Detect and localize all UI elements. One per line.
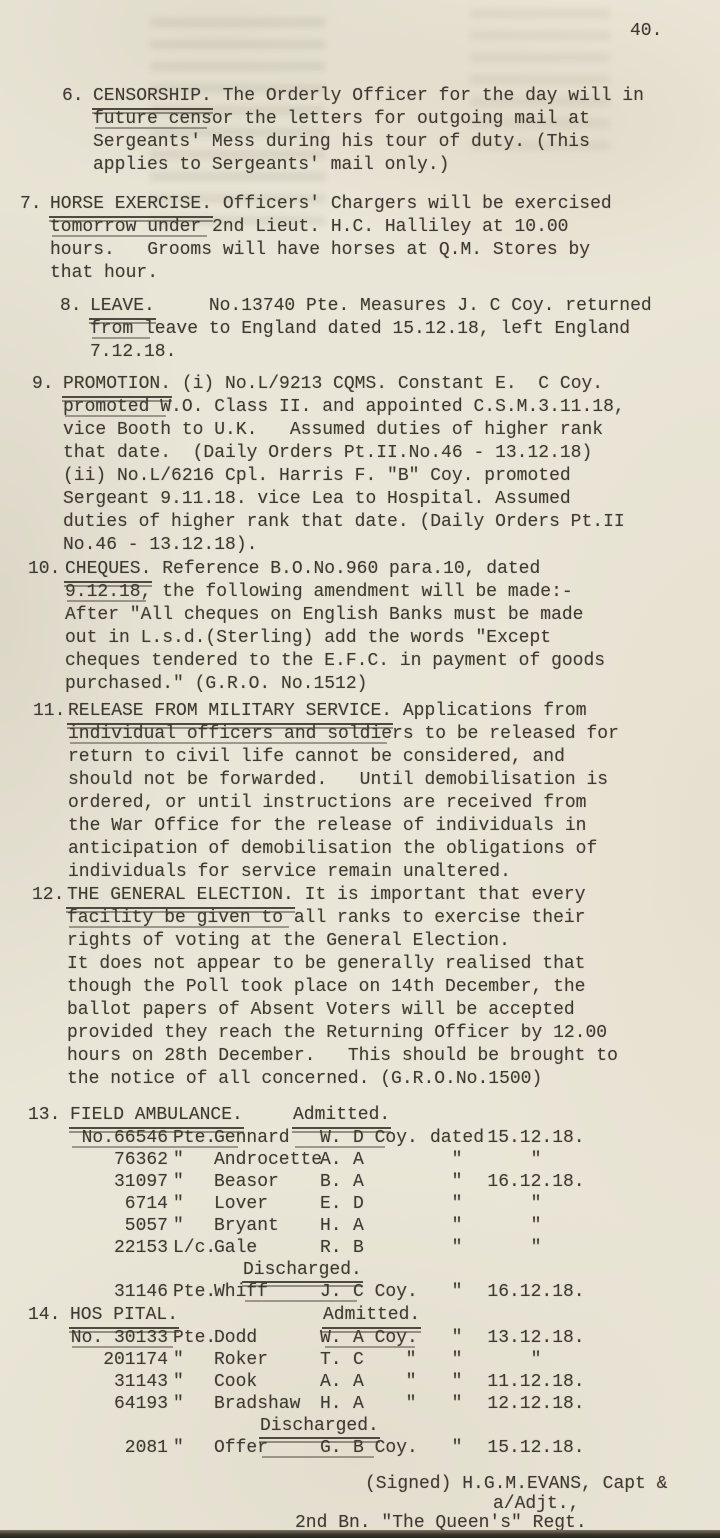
cell-date: 12.12.18.: [486, 1393, 586, 1415]
cell-company-ditto: ": [394, 1371, 428, 1393]
cell-date: 11.12.18.: [486, 1371, 586, 1393]
discharged-label: Discharged.: [260, 1415, 379, 1437]
discharged-label: Discharged.: [243, 1259, 362, 1281]
cell-company: A: [352, 1215, 394, 1237]
cell-dated: ": [428, 1237, 486, 1259]
discharged-rows: 31146 Pte. Whiff J. C Coy. " 16.12.18.: [70, 1281, 720, 1303]
text-line: out in L.s.d.(Sterling) add the words "E…: [65, 627, 720, 650]
text-line: It does not appear to be generally reali…: [67, 953, 720, 976]
cell-surname: Lover: [214, 1193, 319, 1215]
cell-number: 22153: [70, 1237, 168, 1259]
cell-date: ": [486, 1215, 586, 1237]
text-line: 9.12.18, the following amendment will be…: [65, 581, 720, 604]
item-first-line: THE GENERAL ELECTION. It is important th…: [67, 884, 720, 907]
admitted-rows: No. 30133 Pte. Dodd W. A Coy. " 13.12.18…: [70, 1327, 720, 1415]
item-heading-rest: Officers' Chargers will be exercised: [212, 194, 612, 214]
cell-date: ": [486, 1149, 586, 1171]
admitted-label: Admitted.: [293, 1104, 390, 1127]
text-line: ballot papers of Absent Voters will be a…: [67, 999, 720, 1022]
text-line: should not be forwarded. Until demobilis…: [68, 769, 720, 792]
table-row: 31097 " Beasor B. A " 16.12.18.: [70, 1171, 720, 1193]
cell-company-ditto: [394, 1437, 428, 1459]
discharged-line: Discharged.: [70, 1259, 720, 1281]
cell-company: A: [352, 1371, 394, 1393]
cell-dated: ": [428, 1215, 486, 1237]
cell-dated: ": [428, 1371, 486, 1393]
cell-date: 16.12.18.: [486, 1171, 586, 1193]
item-heading: HORSE EXERCISE.: [50, 193, 212, 216]
cell-surname: Gale: [214, 1237, 319, 1259]
text-line: the notice of all concerned. (G.R.O.No.1…: [67, 1068, 720, 1091]
cell-dated: ": [428, 1327, 486, 1349]
cell-company-ditto: [394, 1281, 428, 1303]
item-first-line: CHEQUES. Reference B.O.No.960 para.10, d…: [65, 558, 720, 581]
cell-company-ditto: ": [394, 1349, 428, 1371]
cell-company: D: [352, 1193, 394, 1215]
text-line: individuals for service remain unaltered…: [68, 861, 720, 884]
cell-surname: Cook: [214, 1371, 319, 1393]
table-row: 6714 " Lover E. D " ": [70, 1193, 720, 1215]
item-first-line: LEAVE. No.13740 Pte. Measures J. C Coy. …: [90, 295, 720, 318]
text-line: though the Poll took place on 14th Decem…: [67, 976, 720, 999]
item-number: 9.: [32, 373, 54, 396]
order-item-hospital: 14. HOS PITAL.Admitted. No. 30133 Pte. D…: [0, 1304, 720, 1459]
cell-rank: Pte.: [168, 1281, 214, 1303]
text-line: No.46 - 13.12.18).: [63, 534, 720, 557]
cell-initial: B.: [319, 1171, 352, 1193]
cell-dated: ": [428, 1171, 486, 1193]
cell-company-ditto: [394, 1193, 428, 1215]
cell-dated: ": [428, 1281, 486, 1303]
cell-number: 76362: [70, 1149, 168, 1171]
cell-number: 31143: [70, 1371, 168, 1393]
item-lines: facility be given to all ranks to exerci…: [67, 907, 720, 1091]
table-row: 5057 " Bryant H. A " ": [70, 1215, 720, 1237]
cell-surname: Bradshaw: [214, 1393, 319, 1415]
text-line: purchased." (G.R.O. No.1512): [65, 673, 720, 696]
cell-surname: Roker: [214, 1349, 319, 1371]
text-line: (ii) No.L/6216 Cpl. Harris F. "B" Coy. p…: [63, 465, 720, 488]
item-lines: 9.12.18, the following amendment will be…: [65, 581, 720, 696]
cell-rank: ": [168, 1215, 214, 1237]
item-first-line: CENSORSHIP. The Orderly Officer for the …: [93, 85, 720, 108]
item-number: 7.: [20, 193, 42, 216]
cell-initial: H.: [319, 1215, 352, 1237]
text-line: the War Office for the release of indivi…: [68, 815, 720, 838]
cell-initial: T.: [319, 1349, 352, 1371]
text-line: rights of voting at the General Election…: [67, 930, 720, 953]
discharged-line: Discharged.: [70, 1415, 720, 1437]
item-lines: promoted W.O. Class II. and appointed C.…: [63, 396, 720, 557]
cell-company: C: [352, 1349, 394, 1371]
cell-number: 31097: [70, 1171, 168, 1193]
document-page: 40. 6. CENSORSHIP. The Orderly Officer f…: [0, 0, 720, 1538]
text-line: 7.12.18.: [90, 341, 720, 364]
cell-date: 15.12.18.: [486, 1127, 586, 1149]
order-item-leave: 8. LEAVE. No.13740 Pte. Measures J. C Co…: [0, 295, 720, 364]
table-row: 64193 " Bradshaw H. A " " 12.12.18.: [70, 1393, 720, 1415]
cell-company-ditto: [394, 1127, 428, 1149]
item-heading: THE GENERAL ELECTION.: [67, 884, 294, 907]
order-item-field-ambulance: 13. FIELD AMBULANCE.Admitted. No.66546 P…: [0, 1104, 720, 1303]
scan-bottom-edge: [0, 1530, 720, 1538]
table-heading-line: HOS PITAL.Admitted.: [70, 1304, 720, 1327]
text-line: duties of higher rank that date. (Daily …: [63, 511, 720, 534]
item-heading: RELEASE FROM MILITARY SERVICE.: [68, 700, 392, 723]
cell-date: ": [486, 1349, 586, 1371]
order-item-release-from-military-service: 11. RELEASE FROM MILITARY SERVICE. Appli…: [0, 700, 720, 884]
item-heading: CHEQUES.: [65, 558, 151, 581]
text-line: Sergeants' Mess during his tour of duty.…: [93, 131, 720, 154]
cell-initial: A.: [319, 1371, 352, 1393]
cell-initial: R.: [319, 1237, 352, 1259]
item-heading: HOS PITAL.: [70, 1304, 178, 1327]
item-first-line: PROMOTION. (i) No.L/9213 CQMS. Constant …: [63, 373, 720, 396]
item-first-line: RELEASE FROM MILITARY SERVICE. Applicati…: [68, 700, 720, 723]
table-row: 31143 " Cook A. A " " 11.12.18.: [70, 1371, 720, 1393]
table-row: 76362 " Androcette A. A " ": [70, 1149, 720, 1171]
item-heading: LEAVE.: [90, 295, 155, 318]
cell-surname: Beasor: [214, 1171, 319, 1193]
cell-surname: Bryant: [214, 1215, 319, 1237]
cell-dated: ": [428, 1349, 486, 1371]
cell-surname: Dodd: [214, 1327, 319, 1349]
cell-rank: ": [168, 1393, 214, 1415]
text-line: return to civil life cannot be considere…: [68, 746, 720, 769]
cell-number: 64193: [70, 1393, 168, 1415]
orders-content: 6. CENSORSHIP. The Orderly Officer for t…: [0, 85, 720, 1535]
text-line: ordered, or until instructions are recei…: [68, 792, 720, 815]
admitted-label: Admitted.: [323, 1304, 420, 1327]
cell-rank: ": [168, 1349, 214, 1371]
text-line: applies to Sergeants' mail only.): [93, 154, 720, 177]
cell-company: A: [352, 1393, 394, 1415]
table-row: 2081 " Offer G. B Coy. " 15.12.18.: [70, 1437, 720, 1459]
cell-surname: Androcette: [214, 1149, 319, 1171]
text-line: hours on 28th December. This should be b…: [67, 1045, 720, 1068]
item-heading-rest: The Orderly Officer for the day will in: [212, 86, 644, 106]
cell-rank: Pte.: [168, 1327, 214, 1349]
item-heading: PROMOTION.: [63, 373, 171, 396]
cell-initial: A.: [319, 1149, 352, 1171]
item-number: 6.: [62, 85, 84, 108]
cell-dated: ": [428, 1393, 486, 1415]
table-row: 31146 Pte. Whiff J. C Coy. " 16.12.18.: [70, 1281, 720, 1303]
cell-company-ditto: ": [394, 1393, 428, 1415]
text-line: vice Booth to U.K. Assumed duties of hig…: [63, 419, 720, 442]
item-number: 13.: [28, 1104, 60, 1127]
cell-company-ditto: [394, 1237, 428, 1259]
item-heading-rest: Applications from: [392, 701, 586, 721]
cell-company-ditto: [394, 1215, 428, 1237]
page-number: 40.: [630, 20, 662, 43]
item-heading: FIELD AMBULANCE.: [70, 1104, 243, 1127]
cell-dated: ": [428, 1149, 486, 1171]
order-item-promotion: 9. PROMOTION. (i) No.L/9213 CQMS. Consta…: [0, 373, 720, 557]
order-item-censorship: 6. CENSORSHIP. The Orderly Officer for t…: [0, 85, 720, 177]
table-row: 22153 L/c. Gale R. B " ": [70, 1237, 720, 1259]
order-item-general-election: 12. THE GENERAL ELECTION. It is importan…: [0, 884, 720, 1091]
text-line: that date. (Daily Orders Pt.II.No.46 - 1…: [63, 442, 720, 465]
table-heading-line: FIELD AMBULANCE.Admitted.: [70, 1104, 720, 1127]
cell-date: ": [486, 1193, 586, 1215]
cell-number: 6714: [70, 1193, 168, 1215]
cell-dated: ": [428, 1437, 486, 1459]
cell-rank: L/c.: [168, 1237, 214, 1259]
cell-number: 201174: [70, 1349, 168, 1371]
cell-company: A: [352, 1149, 394, 1171]
text-line: that hour.: [50, 262, 720, 285]
table-row: 201174 " Roker T. C " " ": [70, 1349, 720, 1371]
signature-block: (Signed) H.G.M.EVANS, Capt & a/Adjt., 2n…: [0, 1473, 720, 1535]
item-lines: from leave to England dated 15.12.18, le…: [90, 318, 720, 364]
text-line: provided they reach the Returning Office…: [67, 1022, 720, 1045]
item-number: 11.: [33, 700, 65, 723]
item-number: 8.: [60, 295, 82, 318]
order-item-horse-exercise: 7. HORSE EXERCISE. Officers' Chargers wi…: [0, 193, 720, 285]
discharged-rows: 2081 " Offer G. B Coy. " 15.12.18.: [70, 1437, 720, 1459]
cell-number: 31146: [70, 1281, 168, 1303]
cell-rank: ": [168, 1171, 214, 1193]
item-lines: tomorrow under 2nd Lieut. H.C. Halliley …: [50, 216, 720, 285]
cell-date: 15.12.18.: [486, 1437, 586, 1459]
item-number: 14.: [28, 1304, 60, 1327]
cell-number: 5057: [70, 1215, 168, 1237]
item-number: 12.: [32, 884, 64, 907]
cell-dated: ": [428, 1193, 486, 1215]
item-heading: CENSORSHIP.: [93, 85, 212, 108]
item-heading-rest: It is important that every: [294, 885, 586, 905]
cell-rank: ": [168, 1437, 214, 1459]
order-item-cheques: 10. CHEQUES. Reference B.O.No.960 para.1…: [0, 558, 720, 696]
cell-company-ditto: [394, 1149, 428, 1171]
text-line: cheques tendered to the E.F.C. in paymen…: [65, 650, 720, 673]
text-line: from leave to England dated 15.12.18, le…: [90, 318, 720, 341]
cell-date: 16.12.18.: [486, 1281, 586, 1303]
item-heading-rest: (i) No.L/9213 CQMS. Constant E. C Coy.: [171, 374, 603, 394]
item-lines: future censor the letters for outgoing m…: [93, 108, 720, 177]
cell-rank: ": [168, 1371, 214, 1393]
text-line: anticipation of demobilisation the oblig…: [68, 838, 720, 861]
item-first-line: HORSE EXERCISE. Officers' Chargers will …: [50, 193, 720, 216]
item-heading-rest: Reference B.O.No.960 para.10, dated: [151, 559, 540, 579]
item-number: 10.: [28, 558, 60, 581]
cell-initial: H.: [319, 1393, 352, 1415]
cell-company: A: [352, 1171, 394, 1193]
text-line: hours. Grooms will have horses at Q.M. S…: [50, 239, 720, 262]
cell-rank: ": [168, 1149, 214, 1171]
cell-company: B: [352, 1237, 394, 1259]
cell-company: C Coy.: [352, 1281, 394, 1303]
cell-number: 2081: [70, 1437, 168, 1459]
text-line: After "All cheques on English Banks must…: [65, 604, 720, 627]
cell-initial: E.: [319, 1193, 352, 1215]
cell-date: 13.12.18.: [486, 1327, 586, 1349]
item-heading-rest: No.13740 Pte. Measures J. C Coy. returne…: [155, 296, 652, 316]
item-lines: individual officers and soldiers to be r…: [68, 723, 720, 884]
cell-date: ": [486, 1237, 586, 1259]
cell-dated: dated: [428, 1127, 486, 1149]
cell-company-ditto: [394, 1171, 428, 1193]
cell-rank: ": [168, 1193, 214, 1215]
text-line: Sergeant 9.11.18. vice Lea to Hospital. …: [63, 488, 720, 511]
